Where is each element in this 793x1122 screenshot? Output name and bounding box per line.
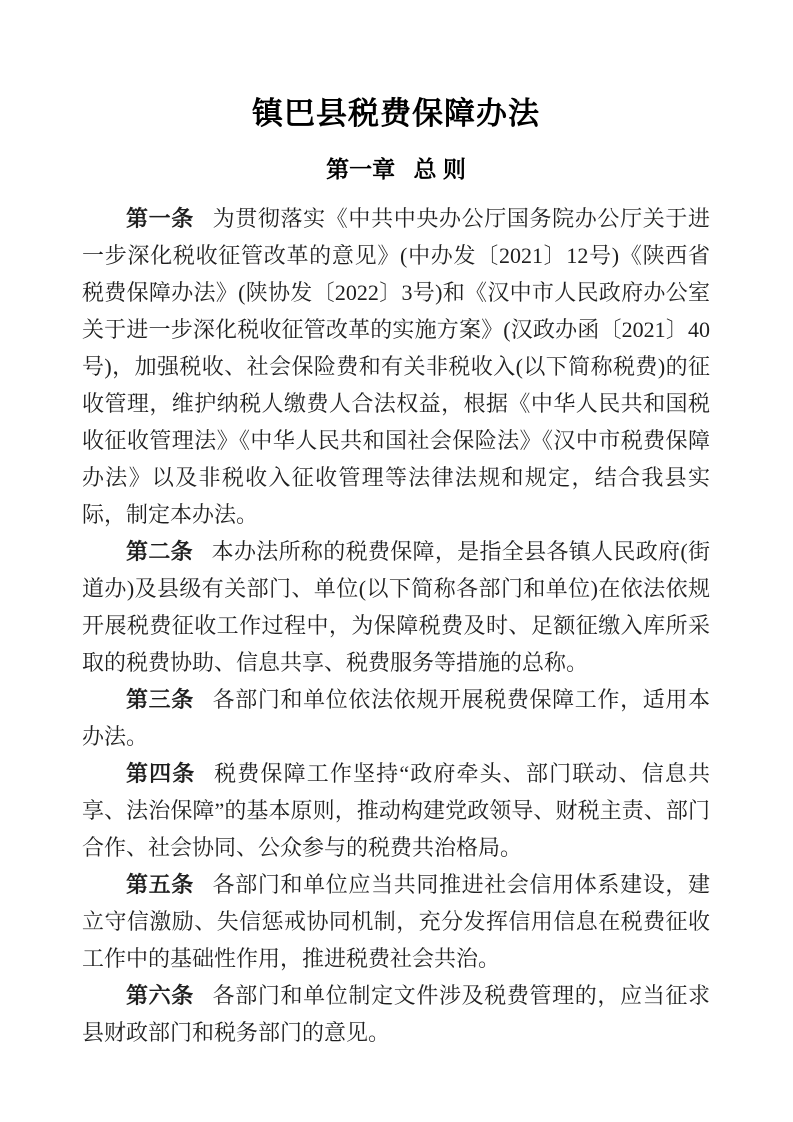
articles-body: 第一条为贯彻落实《中共中央办公厅国务院办公厅关于进一步深化税收征管改革的意见》(… — [82, 200, 710, 1051]
article-4-number: 第四条 — [126, 761, 195, 786]
article-1-number: 第一条 — [126, 206, 194, 231]
document-page: 镇巴县税费保障办法 第一章总 则 第一条为贯彻落实《中共中央办公厅国务院办公厅关… — [0, 0, 793, 1122]
article-4: 第四条税费保障工作坚持“政府牵头、部门联动、信息共享、法治保障”的基本原则，推动… — [82, 755, 710, 866]
article-2-number: 第二条 — [126, 539, 193, 564]
article-3-number: 第三条 — [126, 687, 194, 712]
article-6: 第六条各部门和单位制定文件涉及税费管理的，应当征求县财政部门和税务部门的意见。 — [82, 977, 710, 1051]
article-6-number: 第六条 — [126, 983, 194, 1008]
chapter-heading: 第一章总 则 — [82, 155, 710, 183]
article-1-text: 为贯彻落实《中共中央办公厅国务院办公厅关于进一步深化税收征管改革的意见》(中办发… — [82, 206, 710, 527]
document-content: 镇巴县税费保障办法 第一章总 则 第一条为贯彻落实《中共中央办公厅国务院办公厅关… — [0, 0, 793, 1051]
article-1: 第一条为贯彻落实《中共中央办公厅国务院办公厅关于进一步深化税收征管改革的意见》(… — [82, 200, 710, 533]
article-5: 第五条各部门和单位应当共同推进社会信用体系建设，建立守信激励、失信惩戒协同机制，… — [82, 866, 710, 977]
article-5-number: 第五条 — [126, 872, 194, 897]
article-2: 第二条本办法所称的税费保障，是指全县各镇人民政府(街道办)及县级有关部门、单位(… — [82, 533, 710, 681]
chapter-number: 第一章 — [326, 156, 395, 182]
document-title: 镇巴县税费保障办法 — [82, 96, 710, 132]
chapter-name: 总 则 — [414, 156, 466, 182]
article-3: 第三条各部门和单位依法依规开展税费保障工作，适用本办法。 — [82, 681, 710, 755]
